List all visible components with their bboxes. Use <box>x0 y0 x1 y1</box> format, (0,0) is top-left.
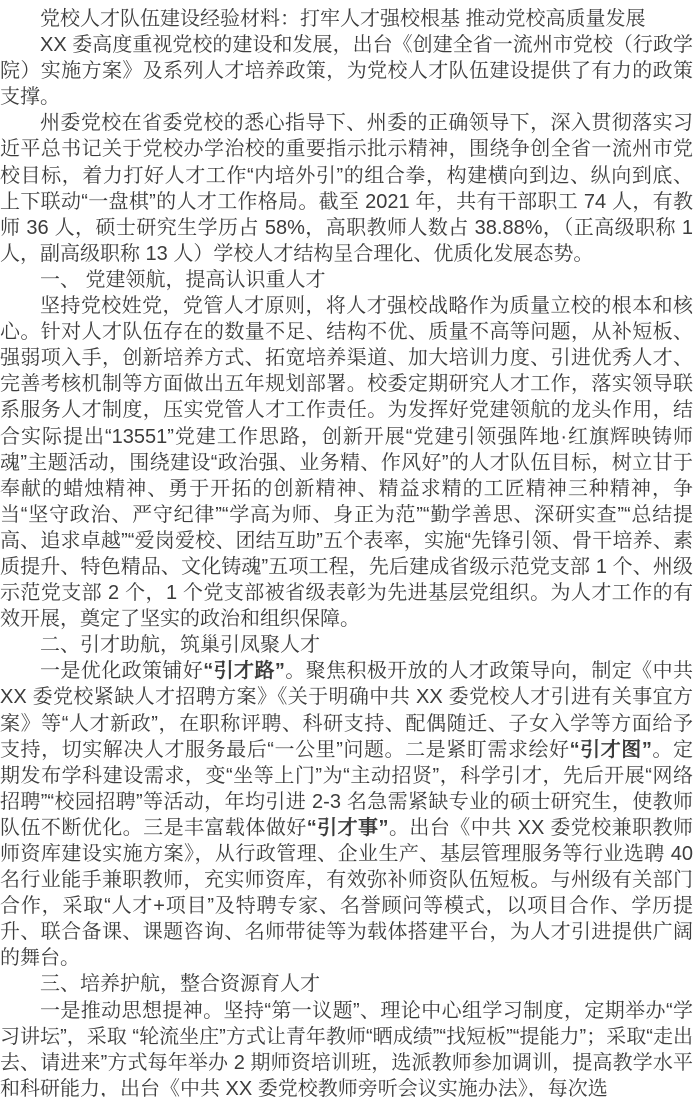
paragraph-section-2: 一是优化政策铺好“引才路”。聚焦积极开放的人才政策导向，制定《中共 XX 委党校… <box>0 658 693 971</box>
text-run: 坚持党校姓党，党管人才原则，将人才强校战略作为质量立校的根本和核心。针对人才队伍… <box>0 295 693 630</box>
text-run: 三、培养护航，整合资源育人才 <box>40 973 320 995</box>
text-run: 二、引才助航，筑巢引凤聚人才 <box>40 634 320 656</box>
text-run: 一是推动思想提神。坚持“第一议题”、理论中心组学习制度，定期举办“学习讲坛”，采… <box>0 1000 693 1097</box>
paragraph-policy-support: XX 委高度重视党校的建设和发展，出台《创建全省一流州市党校（行政学院）实施方案… <box>0 32 693 110</box>
text-run: XX 委高度重视党校的建设和发展，出台《创建全省一流州市党校（行政学院）实施方案… <box>0 34 693 108</box>
bold-phrase: “引才图” <box>570 739 652 761</box>
paragraph-section-3: 一是推动思想提神。坚持“第一议题”、理论中心组学习制度，定期举办“学习讲坛”，采… <box>0 998 693 1097</box>
text-run: 州委党校在省委党校的悉心指导下、州委的正确领导下，深入贯彻落实习近平总书记关于党… <box>0 112 693 264</box>
paragraph-section-1: 坚持党校姓党，党管人才原则，将人才强校战略作为质量立校的根本和核心。针对人才队伍… <box>0 293 693 632</box>
paragraph-overview: 州委党校在省委党校的悉心指导下、州委的正确领导下，深入贯彻落实习近平总书记关于党… <box>0 110 693 267</box>
bold-phrase: “引才路” <box>203 660 285 682</box>
document-title: 党校人才队伍建设经验材料：打牢人才强校根基 推动党校高质量发展 <box>0 6 693 32</box>
document-body: XX 委高度重视党校的建设和发展，出台《创建全省一流州市党校（行政学院）实施方案… <box>0 32 693 1097</box>
bold-phrase: “引才事” <box>307 817 389 839</box>
document-page: 党校人才队伍建设经验材料：打牢人才强校根基 推动党校高质量发展 XX 委高度重视… <box>0 0 693 1097</box>
text-run: 。出台《中共 XX 委党校兼职教师师资库建设实施方案》，从行政管理、企业生产、基… <box>0 817 693 969</box>
heading-section-1: 一、 党建领航，提高认识重人才 <box>0 267 693 293</box>
text-run: 一、 党建领航，提高认识重人才 <box>40 269 326 291</box>
text-run: 一是优化政策铺好 <box>40 660 203 682</box>
heading-section-2: 二、引才助航，筑巢引凤聚人才 <box>0 632 693 658</box>
heading-section-3: 三、培养护航，整合资源育人才 <box>0 971 693 997</box>
